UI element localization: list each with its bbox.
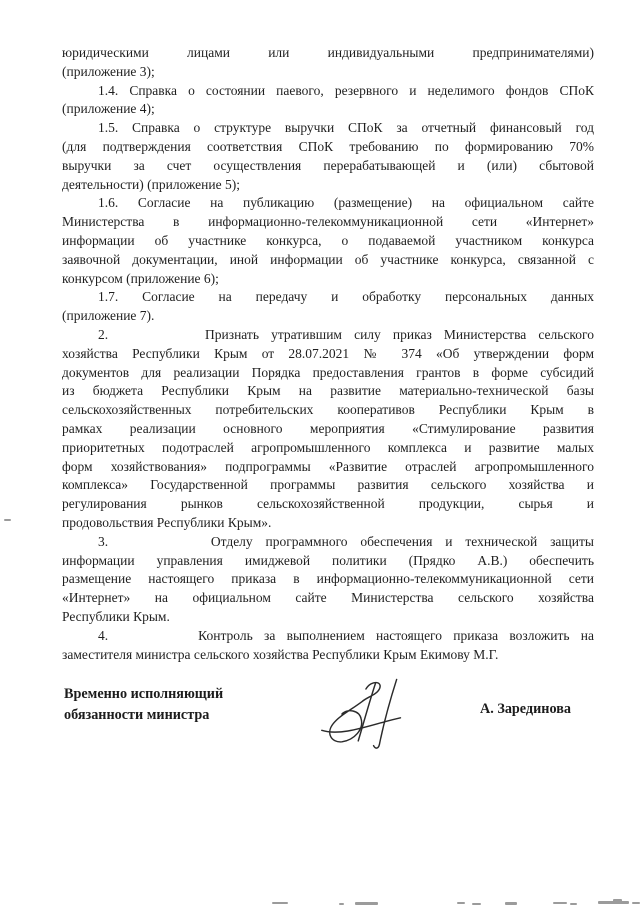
scan-artifact <box>553 902 567 904</box>
doc-line: «Интернет» на официальном сайте Министер… <box>62 589 594 608</box>
signatory-role-line-2: обязанности министра <box>64 705 223 726</box>
doc-line: 1.7. Согласие на передачу и обработку пе… <box>62 288 594 307</box>
doc-line: приоритетных подотраслей агропромышленно… <box>62 439 594 458</box>
doc-line: форм хозяйствования» подпрограммы «Разви… <box>62 458 594 477</box>
doc-line: выручки за счет осуществления перерабаты… <box>62 157 594 176</box>
paragraph: 4. Контроль за выполнением настоящего пр… <box>62 627 594 665</box>
doc-line: (приложение 3); <box>62 63 594 82</box>
scan-artifact <box>272 902 288 904</box>
doc-line: конкурсом (приложение 6); <box>62 270 594 289</box>
doc-line: размещение настоящего приказа в информац… <box>62 570 594 589</box>
scan-artifact <box>632 902 640 904</box>
doc-line: Министерства в информационно-телекоммуни… <box>62 213 594 232</box>
doc-line: (для подтверждения соответствия СПоК тре… <box>62 138 594 157</box>
doc-line: заявочной документации, иной информации … <box>62 251 594 270</box>
signatory-role: Временно исполняющий обязанности министр… <box>64 684 223 725</box>
doc-line: (приложение 4); <box>62 100 594 119</box>
document-page: юридическими лицами или индивидуальными … <box>0 0 640 905</box>
doc-line: 2. Признать утратившим силу приказ Минис… <box>62 326 594 345</box>
doc-line: сельскохозяйственных потребительских коо… <box>62 401 594 420</box>
doc-line: 1.4. Справка о состоянии паевого, резерв… <box>62 82 594 101</box>
doc-line: 1.6. Согласие на публикацию (размещение)… <box>62 194 594 213</box>
doc-line: хозяйства Республики Крым от 28.07.2021 … <box>62 345 594 364</box>
doc-line: документов для реализации Порядка предос… <box>62 364 594 383</box>
paragraph: 1.4. Справка о состоянии паевого, резерв… <box>62 82 594 120</box>
doc-line: 1.5. Справка о структуре выручки СПоК за… <box>62 119 594 138</box>
doc-line: продовольствия Республики Крым». <box>62 514 594 533</box>
doc-line: рамках реализации основного мероприятия … <box>62 420 594 439</box>
doc-line: информации об участнике конкурса, о пода… <box>62 232 594 251</box>
doc-line: 4. Контроль за выполнением настоящего пр… <box>62 627 594 646</box>
doc-line: Республики Крым. <box>62 608 594 627</box>
doc-line: из бюджета Республики Крым на развитие м… <box>62 382 594 401</box>
paragraph: 3. Отделу программного обеспечения и тех… <box>62 533 594 627</box>
paragraph: 1.5. Справка о структуре выручки СПоК за… <box>62 119 594 194</box>
document-body: юридическими лицами или индивидуальными … <box>62 44 594 664</box>
doc-line: 3. Отделу программного обеспечения и тех… <box>62 533 594 552</box>
signatory-name: А. Зарединова <box>480 701 571 718</box>
paragraph: 2. Признать утратившим силу приказ Минис… <box>62 326 594 533</box>
handwritten-signature-icon <box>316 674 412 754</box>
doc-line: заместителя министра сельского хозяйства… <box>62 646 594 665</box>
doc-line: комплекса» Государственной программы раз… <box>62 476 594 495</box>
doc-line: деятельности) (приложение 5); <box>62 176 594 195</box>
scan-artifact <box>457 902 465 904</box>
signatory-role-line-1: Временно исполняющий <box>64 684 223 705</box>
paragraph: юридическими лицами или индивидуальными … <box>62 44 594 82</box>
doc-line: информации управления имиджевой политики… <box>62 552 594 571</box>
doc-line: регулирования рынков сельскохозяйственно… <box>62 495 594 514</box>
paragraph: 1.6. Согласие на публикацию (размещение)… <box>62 194 594 288</box>
signature-block: Временно исполняющий обязанности министр… <box>64 684 596 774</box>
paragraph: 1.7. Согласие на передачу и обработку пе… <box>62 288 594 326</box>
doc-line: юридическими лицами или индивидуальными … <box>62 44 594 63</box>
scan-artifact <box>4 519 11 521</box>
scan-artifact <box>613 899 622 903</box>
doc-line: (приложение 7). <box>62 307 594 326</box>
